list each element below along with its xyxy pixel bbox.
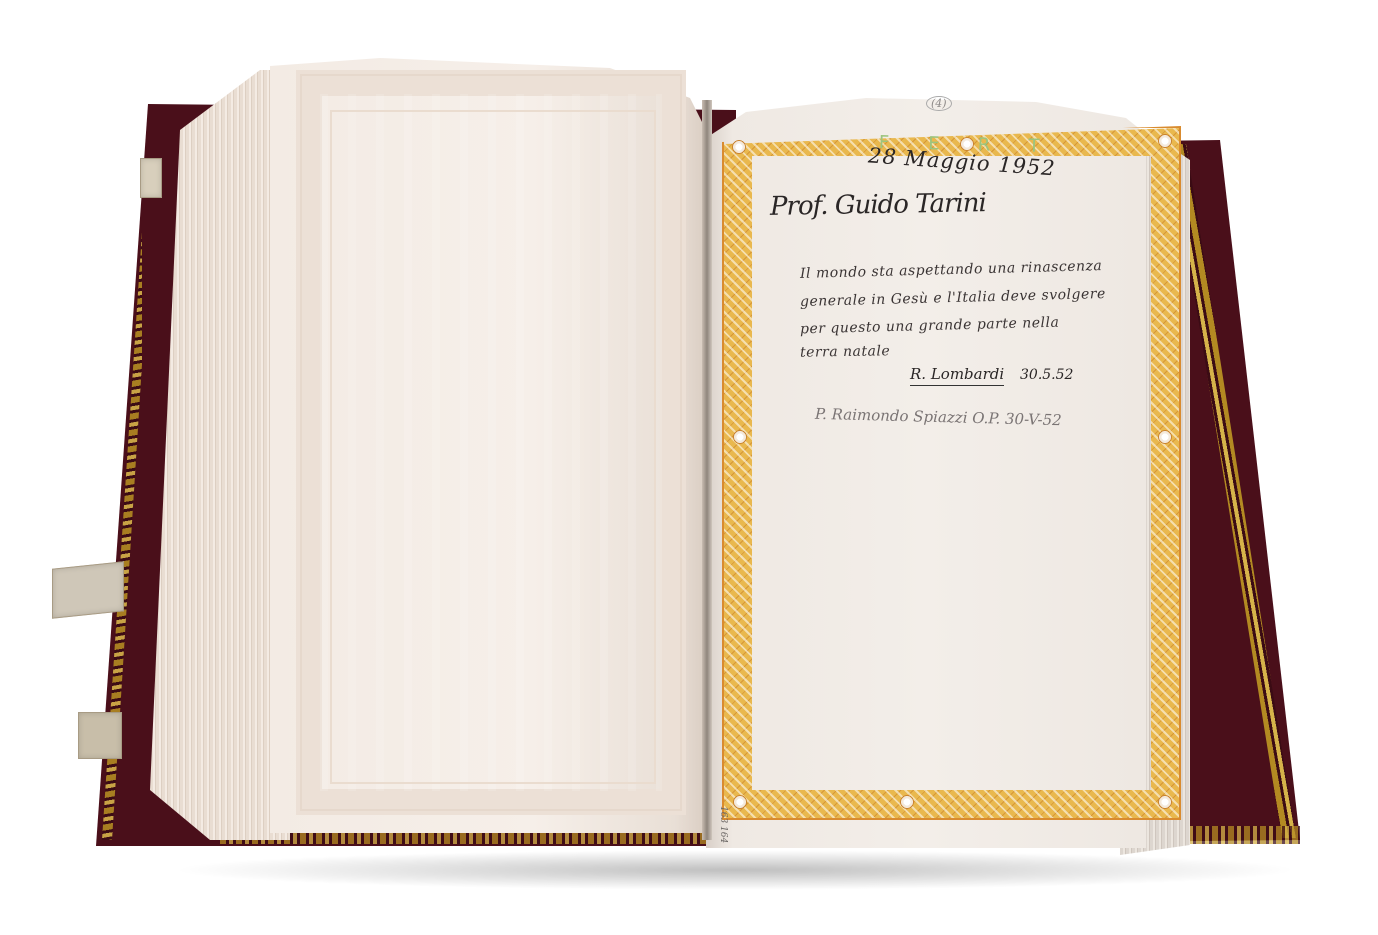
page-number: (4) (926, 96, 952, 111)
rosette-ornament (1158, 795, 1172, 809)
page-tab (140, 158, 162, 198)
salutation: Prof. Guido Tarini (770, 188, 986, 222)
rosette-ornament (733, 430, 747, 444)
page-tab (52, 561, 124, 619)
inscription-line: terra natale (800, 343, 890, 361)
gold-decorative-frame (724, 128, 1179, 818)
page-tab (78, 712, 122, 759)
photo-scene: F E R T (4) 28 Maggio 1952 Prof. Guido T… (0, 0, 1378, 935)
motto-letter: T (1025, 135, 1045, 155)
signature-date: 30.5.52 (1020, 367, 1073, 383)
rosette-ornament (733, 795, 747, 809)
rosette-ornament (1158, 134, 1172, 148)
rosette-ornament (1158, 430, 1172, 444)
margin-note: 163 164 (718, 806, 728, 843)
rosette-ornament (900, 795, 914, 809)
book-shadow (170, 850, 1300, 890)
signature: R. Lombardi (910, 365, 1004, 386)
left-page-inner-rule (330, 110, 656, 784)
rosette-ornament (732, 140, 746, 154)
book-gutter (702, 100, 712, 840)
